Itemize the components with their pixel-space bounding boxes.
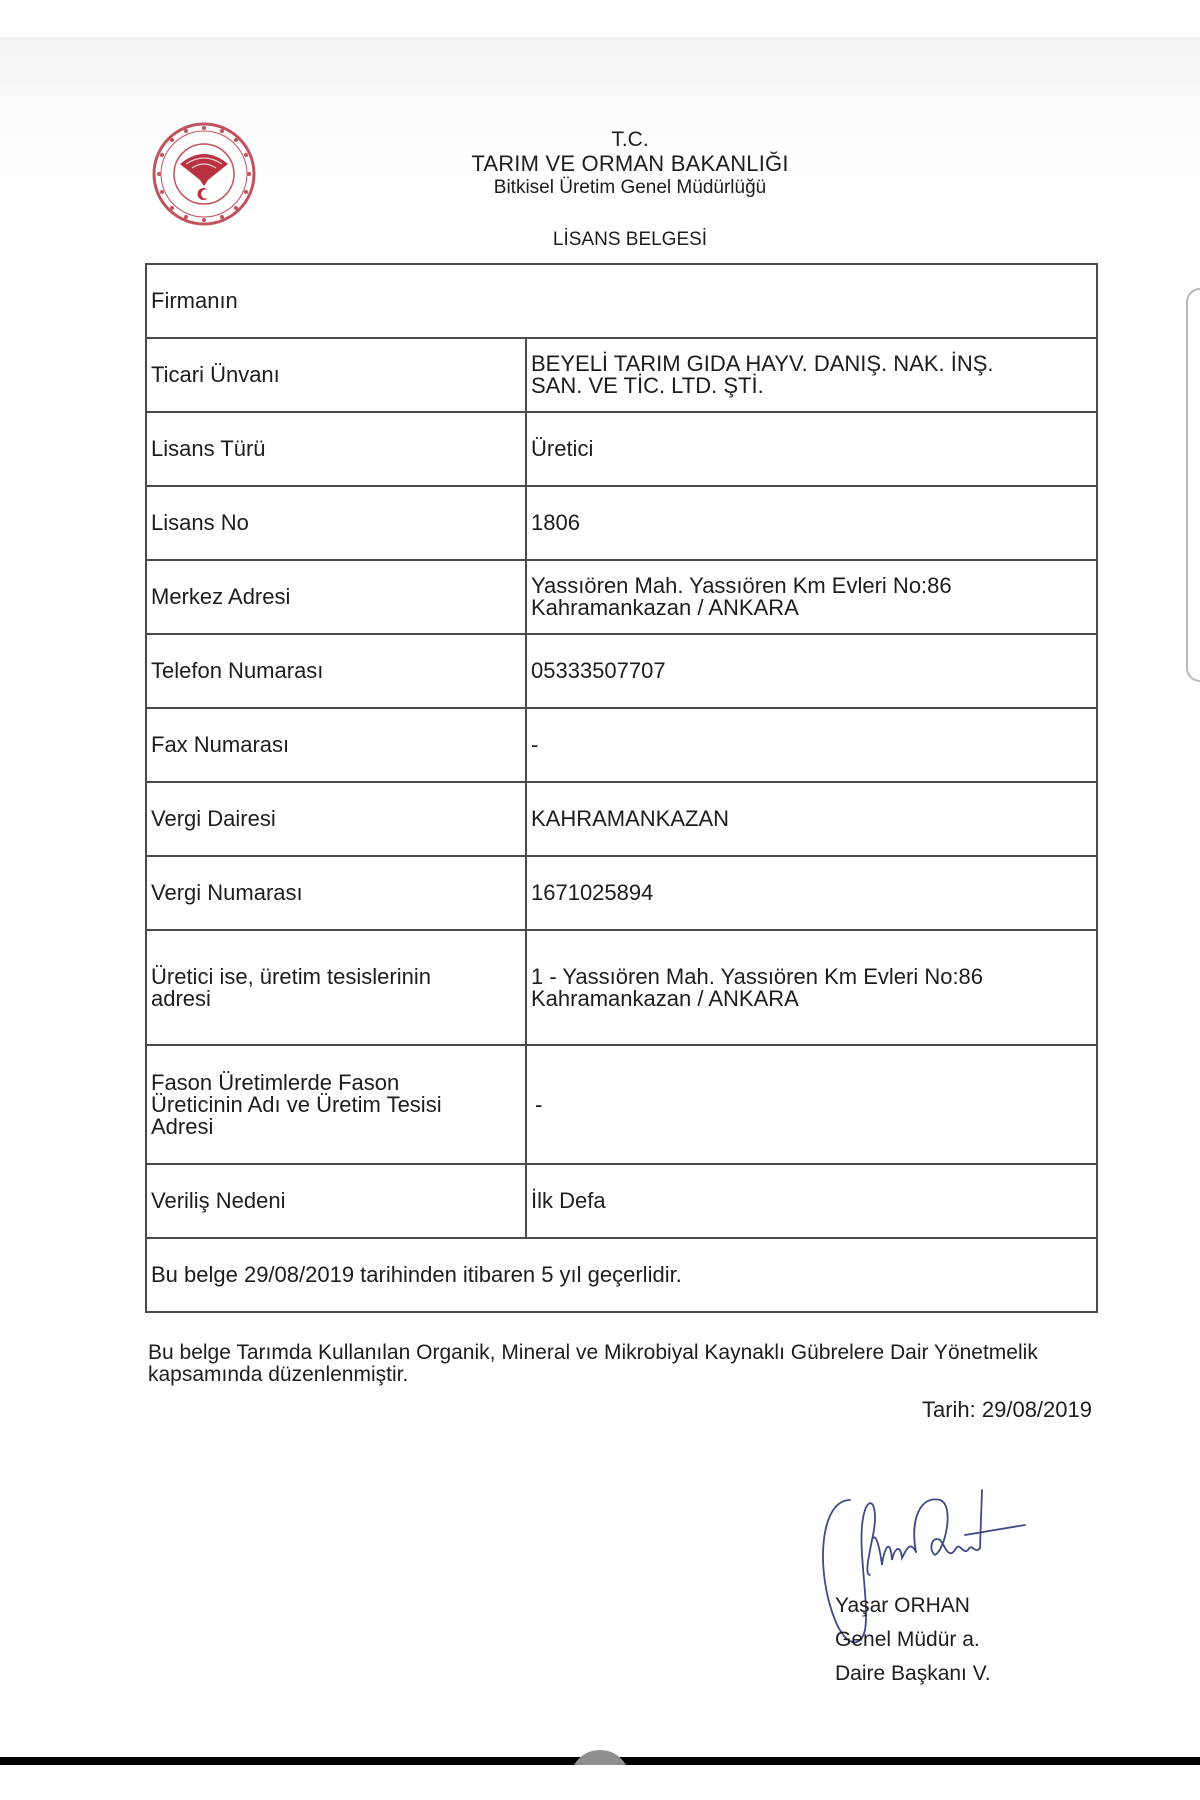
- row-label: Vergi Dairesi: [146, 782, 526, 856]
- row-label: Vergi Numarası: [146, 856, 526, 930]
- row-label: Telefon Numarası: [146, 634, 526, 708]
- row-value: 1671025894: [526, 856, 1097, 930]
- row-label: Lisans No: [146, 486, 526, 560]
- table-row: Fax Numarası -: [146, 708, 1097, 782]
- ministry-seal-icon: [150, 120, 258, 228]
- license-table: Firmanın Ticari Ünvanı BEYELİ TARIM GIDA…: [145, 263, 1098, 1313]
- row-value: -: [526, 1045, 1097, 1164]
- row-label: Ticari Ünvanı: [146, 338, 526, 412]
- value-line: Kahramankazan / ANKARA: [531, 988, 1092, 1010]
- signer-name: Yaşar ORHAN: [835, 1594, 970, 1618]
- row-value: 1 - Yassıören Mah. Yassıören Km Evleri N…: [526, 930, 1097, 1045]
- state-abbreviation: T.C.: [430, 128, 830, 152]
- row-label: Fason Üretimlerde Fason Üreticinin Adı v…: [146, 1045, 526, 1164]
- value-line: SAN. VE TİC. LTD. ŞTİ.: [531, 375, 1092, 397]
- section-header-cell: Firmanın: [146, 264, 1097, 338]
- value-line: Kahramankazan / ANKARA: [531, 597, 1092, 619]
- table-row: Vergi Numarası 1671025894: [146, 856, 1097, 930]
- side-panel-handle[interactable]: [1186, 288, 1200, 682]
- table-row: Lisans No 1806: [146, 486, 1097, 560]
- table-row: Veriliş Nedeni İlk Defa: [146, 1164, 1097, 1238]
- row-value: Yassıören Mah. Yassıören Km Evleri No:86…: [526, 560, 1097, 634]
- row-label: Üretici ise, üretim tesislerinin adresi: [146, 930, 526, 1045]
- table-row: Telefon Numarası 05333507707: [146, 634, 1097, 708]
- signer-role: Daire Başkanı V.: [835, 1662, 991, 1686]
- regulation-note: Bu belge Tarımda Kullanılan Organik, Min…: [148, 1342, 1098, 1386]
- validity-row: Bu belge 29/08/2019 tarihinden itibaren …: [146, 1238, 1097, 1312]
- row-label: Fax Numarası: [146, 708, 526, 782]
- row-value: Üretici: [526, 412, 1097, 486]
- table-row: Ticari Ünvanı BEYELİ TARIM GIDA HAYV. DA…: [146, 338, 1097, 412]
- row-value: İlk Defa: [526, 1164, 1097, 1238]
- document-title: LİSANS BELGESİ: [430, 229, 830, 251]
- validity-note: Bu belge 29/08/2019 tarihinden itibaren …: [146, 1238, 1097, 1312]
- table-row: Merkez Adresi Yassıören Mah. Yassıören K…: [146, 560, 1097, 634]
- row-value: BEYELİ TARIM GIDA HAYV. DANIŞ. NAK. İNŞ.…: [526, 338, 1097, 412]
- table-row: Lisans Türü Üretici: [146, 412, 1097, 486]
- row-label: Veriliş Nedeni: [146, 1164, 526, 1238]
- ministry-name: TARIM VE ORMAN BAKANLIĞI: [430, 151, 830, 177]
- row-label: Merkez Adresi: [146, 560, 526, 634]
- table-row: Fason Üretimlerde Fason Üreticinin Adı v…: [146, 1045, 1097, 1164]
- row-value: -: [526, 708, 1097, 782]
- row-value: 05333507707: [526, 634, 1097, 708]
- issue-date: Tarih: 29/08/2019: [900, 1397, 1092, 1423]
- value-line: Yassıören Mah. Yassıören Km Evleri No:86: [531, 575, 1092, 597]
- value-line: BEYELİ TARIM GIDA HAYV. DANIŞ. NAK. İNŞ.: [531, 353, 1092, 375]
- table-row: Vergi Dairesi KAHRAMANKAZAN: [146, 782, 1097, 856]
- table-section-header: Firmanın: [146, 264, 1097, 338]
- row-value: KAHRAMANKAZAN: [526, 782, 1097, 856]
- value-line: 1 - Yassıören Mah. Yassıören Km Evleri N…: [531, 966, 1092, 988]
- row-value: 1806: [526, 486, 1097, 560]
- department-name: Bitkisel Üretim Genel Müdürlüğü: [430, 177, 830, 199]
- table-row: Üretici ise, üretim tesislerinin adresi …: [146, 930, 1097, 1045]
- row-label: Lisans Türü: [146, 412, 526, 486]
- bottom-margin: [0, 1765, 1200, 1800]
- signer-title: Genel Müdür a.: [835, 1628, 980, 1652]
